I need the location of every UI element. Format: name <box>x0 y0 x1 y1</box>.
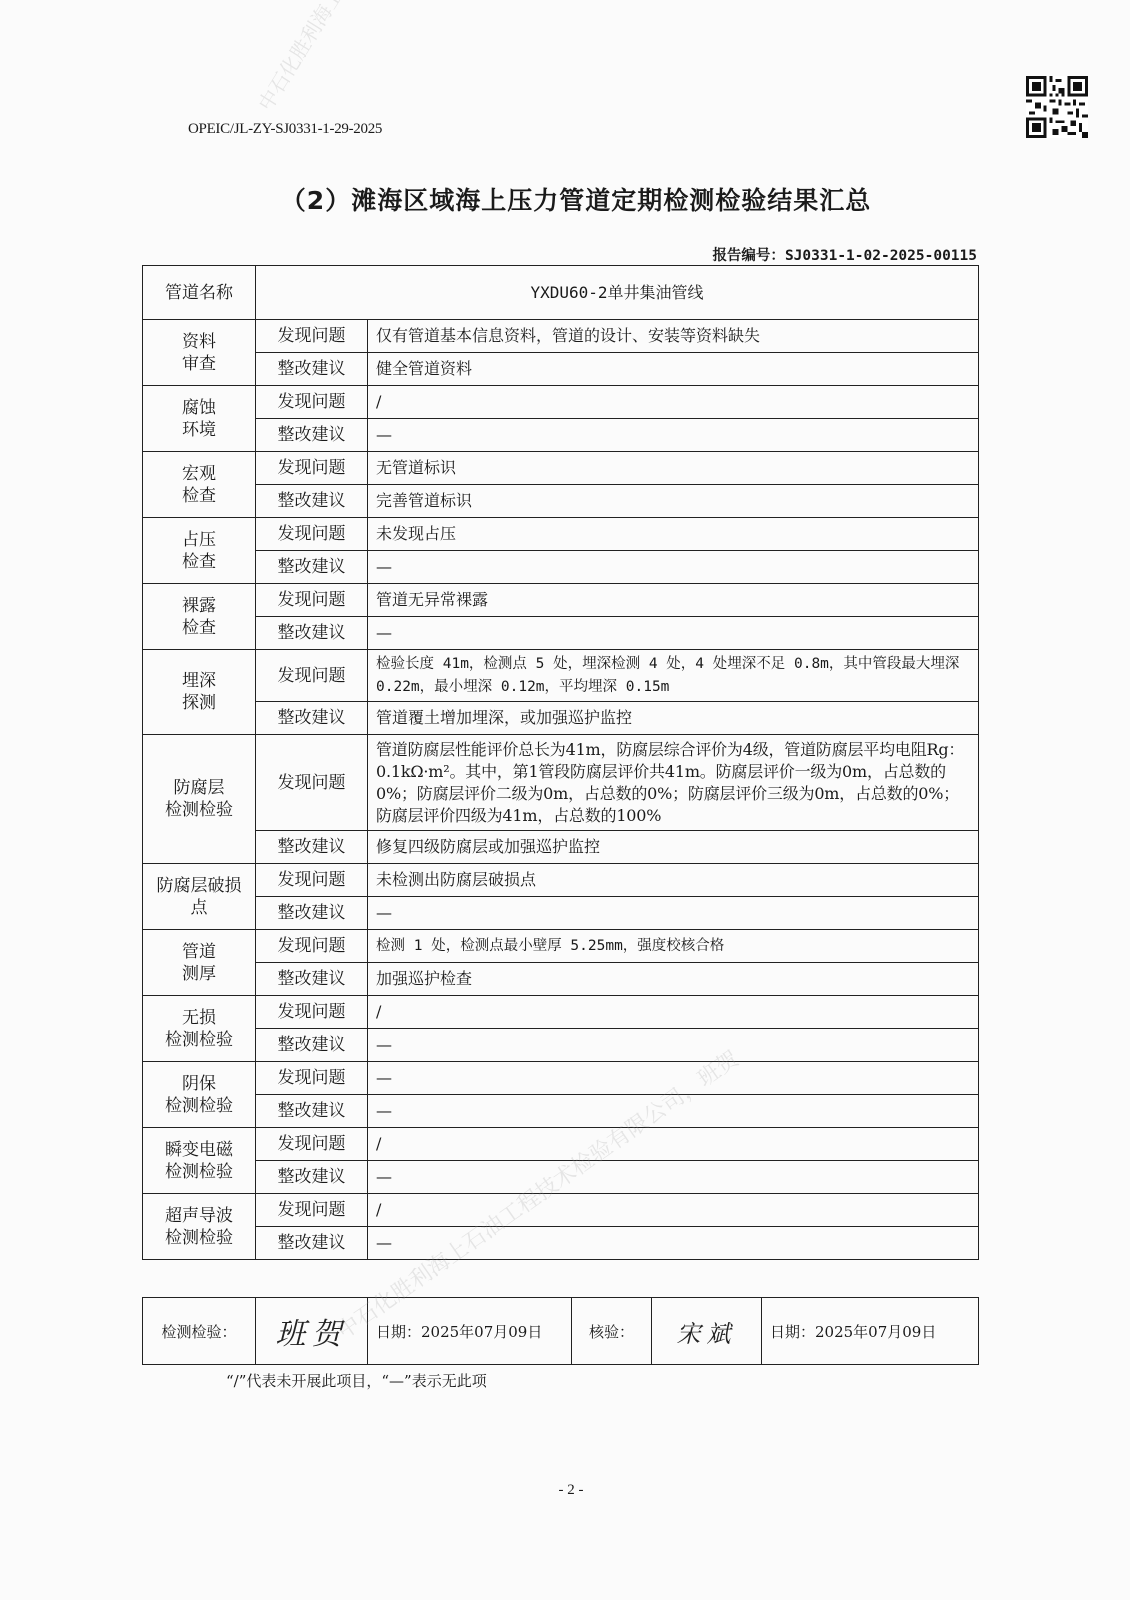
table-row: 整改建议— <box>143 1029 979 1062</box>
table-row: 整改建议管道覆土增加埋深，或加强巡护监控 <box>143 702 979 735</box>
table-row: 埋深探测发现问题检验长度 41m，检测点 5 处，埋深检测 4 处，4 处埋深不… <box>143 650 979 702</box>
watermark-text: 中石化胜利海上石油工程技术检验有限公司，班贺 <box>250 0 508 115</box>
suggestion-label: 整改建议 <box>256 1227 368 1260</box>
report-number-label: 报告编号： <box>712 248 785 264</box>
section-category: 管道测厚 <box>143 930 256 996</box>
issue-label: 发现问题 <box>256 1062 368 1095</box>
section-category-line: 裸露 <box>151 595 247 617</box>
section-category: 超声导波检测检验 <box>143 1194 256 1260</box>
section-category: 无损检测检验 <box>143 996 256 1062</box>
section-category-line: 检测检验 <box>151 1161 247 1183</box>
issue-label: 发现问题 <box>256 1194 368 1227</box>
suggestion-label: 整改建议 <box>256 419 368 452</box>
section-category-line: 占压 <box>151 529 247 551</box>
suggestion-label: 整改建议 <box>256 1161 368 1194</box>
legend-footnote: “/”代表未开展此项目，“—”表示无此项 <box>226 1370 487 1391</box>
table-row: 整改建议修复四级防腐层或加强巡护监控 <box>143 831 979 864</box>
section-category-line: 防腐层破损 <box>151 875 247 897</box>
issue-value: / <box>368 386 979 419</box>
issue-value: 未检测出防腐层破损点 <box>368 864 979 897</box>
suggestion-value: — <box>368 1161 979 1194</box>
pipeline-name-label: 管道名称 <box>143 266 256 320</box>
issue-value: / <box>368 996 979 1029</box>
issue-label: 发现问题 <box>256 930 368 963</box>
issue-value: 检验长度 41m，检测点 5 处，埋深检测 4 处，4 处埋深不足 0.8m，其… <box>368 650 979 702</box>
section-category-line: 点 <box>151 897 247 919</box>
suggestion-label: 整改建议 <box>256 831 368 864</box>
report-number-value: SJ0331-1-02-2025-00115 <box>785 248 977 264</box>
table-row: 裸露检查发现问题管道无异常裸露 <box>143 584 979 617</box>
suggestion-value: — <box>368 1095 979 1128</box>
issue-value: 管道防腐层性能评价总长为41m，防腐层综合评价为4级，管道防腐层平均电阻Rg：0… <box>368 735 979 831</box>
document-code: OPEIC/JL-ZY-SJ0331-1-29-2025 <box>188 121 382 138</box>
issue-label: 发现问题 <box>256 584 368 617</box>
suggestion-label: 整改建议 <box>256 353 368 386</box>
suggestion-value: — <box>368 1227 979 1260</box>
issue-label: 发现问题 <box>256 518 368 551</box>
suggestion-value: — <box>368 617 979 650</box>
issue-value: / <box>368 1128 979 1161</box>
suggestion-label: 整改建议 <box>256 1029 368 1062</box>
table-row: 整改建议— <box>143 1161 979 1194</box>
section-category-line: 埋深 <box>151 670 247 692</box>
suggestion-value: — <box>368 419 979 452</box>
table-row: 整改建议加强巡护检查 <box>143 963 979 996</box>
issue-label: 发现问题 <box>256 452 368 485</box>
section-category: 裸露检查 <box>143 584 256 650</box>
section-category: 瞬变电磁检测检验 <box>143 1128 256 1194</box>
reviewer-signature: 宋斌 <box>652 1298 762 1365</box>
suggestion-label: 整改建议 <box>256 1095 368 1128</box>
issue-value: 无管道标识 <box>368 452 979 485</box>
issue-value: / <box>368 1194 979 1227</box>
suggestion-value: 健全管道资料 <box>368 353 979 386</box>
section-category-line: 检查 <box>151 551 247 573</box>
inspector-signature: 班贺 <box>256 1298 368 1365</box>
suggestion-value: 管道覆土增加埋深，或加强巡护监控 <box>368 702 979 735</box>
section-category-line: 管道 <box>151 941 247 963</box>
issue-label: 发现问题 <box>256 1128 368 1161</box>
page-number: - 2 - <box>0 1482 1130 1499</box>
suggestion-value: 完善管道标识 <box>368 485 979 518</box>
section-category-line: 无损 <box>151 1007 247 1029</box>
suggestion-label: 整改建议 <box>256 702 368 735</box>
section-category: 阴保检测检验 <box>143 1062 256 1128</box>
pipeline-name-value: YXDU60-2单井集油管线 <box>256 266 979 320</box>
section-category-line: 审查 <box>151 353 247 375</box>
issue-label: 发现问题 <box>256 650 368 702</box>
suggestion-label: 整改建议 <box>256 963 368 996</box>
table-row: 管道测厚发现问题检测 1 处，检测点最小壁厚 5.25mm，强度校核合格 <box>143 930 979 963</box>
issue-value: 未发现占压 <box>368 518 979 551</box>
suggestion-label: 整改建议 <box>256 485 368 518</box>
issue-value: 管道无异常裸露 <box>368 584 979 617</box>
table-row: 整改建议— <box>143 1095 979 1128</box>
table-row: 整改建议— <box>143 419 979 452</box>
section-category-line: 防腐层 <box>151 777 247 799</box>
section-category-line: 检查 <box>151 485 247 507</box>
section-category-line: 检查 <box>151 617 247 639</box>
section-category: 防腐层破损点 <box>143 864 256 930</box>
pipeline-name-row: 管道名称 YXDU60-2单井集油管线 <box>143 266 979 320</box>
table-row: 整改建议— <box>143 617 979 650</box>
reviewer-label: 核验： <box>572 1298 652 1365</box>
table-row: 宏观检查发现问题无管道标识 <box>143 452 979 485</box>
table-row: 超声导波检测检验发现问题/ <box>143 1194 979 1227</box>
signoff-table: 检测检验： 班贺 日期：2025年07月09日 核验： 宋斌 日期：2025年0… <box>142 1297 979 1365</box>
reviewer-date: 日期：2025年07月09日 <box>762 1298 979 1365</box>
suggestion-value: — <box>368 897 979 930</box>
section-category: 腐蚀环境 <box>143 386 256 452</box>
table-row: 整改建议完善管道标识 <box>143 485 979 518</box>
issue-label: 发现问题 <box>256 386 368 419</box>
issue-label: 发现问题 <box>256 320 368 353</box>
section-category: 宏观检查 <box>143 452 256 518</box>
section-category: 占压检查 <box>143 518 256 584</box>
table-row: 防腐层检测检验发现问题管道防腐层性能评价总长为41m，防腐层综合评价为4级，管道… <box>143 735 979 831</box>
suggestion-label: 整改建议 <box>256 897 368 930</box>
signoff-row: 检测检验： 班贺 日期：2025年07月09日 核验： 宋斌 日期：2025年0… <box>143 1298 979 1365</box>
section-category-line: 超声导波 <box>151 1205 247 1227</box>
section-category-line: 检测检验 <box>151 1095 247 1117</box>
inspection-results-table: 管道名称 YXDU60-2单井集油管线 资料审查发现问题仅有管道基本信息资料，管… <box>142 265 979 1260</box>
table-row: 整改建议— <box>143 551 979 584</box>
section-category-line: 探测 <box>151 692 247 714</box>
suggestion-value: — <box>368 1029 979 1062</box>
section-category-line: 瞬变电磁 <box>151 1139 247 1161</box>
issue-value: 检测 1 处，检测点最小壁厚 5.25mm，强度校核合格 <box>368 930 979 963</box>
report-number: 报告编号：SJ0331-1-02-2025-00115 <box>712 244 977 265</box>
section-category-line: 检测检验 <box>151 1227 247 1249</box>
inspector-date: 日期：2025年07月09日 <box>368 1298 572 1365</box>
section-category-line: 宏观 <box>151 463 247 485</box>
suggestion-value: 修复四级防腐层或加强巡护监控 <box>368 831 979 864</box>
table-row: 阴保检测检验发现问题— <box>143 1062 979 1095</box>
section-category: 防腐层检测检验 <box>143 735 256 864</box>
table-row: 整改建议— <box>143 1227 979 1260</box>
qr-code-icon <box>1026 76 1088 138</box>
table-row: 无损检测检验发现问题/ <box>143 996 979 1029</box>
suggestion-value: 加强巡护检查 <box>368 963 979 996</box>
section-category-line: 环境 <box>151 419 247 441</box>
section-category-line: 阴保 <box>151 1073 247 1095</box>
page-title: （2）滩海区域海上压力管道定期检测检验结果汇总 <box>0 181 1130 217</box>
suggestion-label: 整改建议 <box>256 617 368 650</box>
issue-label: 发现问题 <box>256 864 368 897</box>
section-category-line: 资料 <box>151 331 247 353</box>
section-category: 埋深探测 <box>143 650 256 735</box>
section-category: 资料审查 <box>143 320 256 386</box>
suggestion-value: — <box>368 551 979 584</box>
table-row: 资料审查发现问题仅有管道基本信息资料，管道的设计、安装等资料缺失 <box>143 320 979 353</box>
section-category-line: 测厚 <box>151 963 247 985</box>
section-category-line: 检测检验 <box>151 799 247 821</box>
table-row: 瞬变电磁检测检验发现问题/ <box>143 1128 979 1161</box>
section-category-line: 腐蚀 <box>151 397 247 419</box>
issue-label: 发现问题 <box>256 735 368 831</box>
table-row: 整改建议— <box>143 897 979 930</box>
issue-value: 仅有管道基本信息资料，管道的设计、安装等资料缺失 <box>368 320 979 353</box>
table-row: 整改建议健全管道资料 <box>143 353 979 386</box>
issue-label: 发现问题 <box>256 996 368 1029</box>
suggestion-label: 整改建议 <box>256 551 368 584</box>
table-row: 腐蚀环境发现问题/ <box>143 386 979 419</box>
section-category-line: 检测检验 <box>151 1029 247 1051</box>
issue-value: — <box>368 1062 979 1095</box>
table-row: 防腐层破损点发现问题未检测出防腐层破损点 <box>143 864 979 897</box>
inspector-label: 检测检验： <box>143 1298 256 1365</box>
table-row: 占压检查发现问题未发现占压 <box>143 518 979 551</box>
